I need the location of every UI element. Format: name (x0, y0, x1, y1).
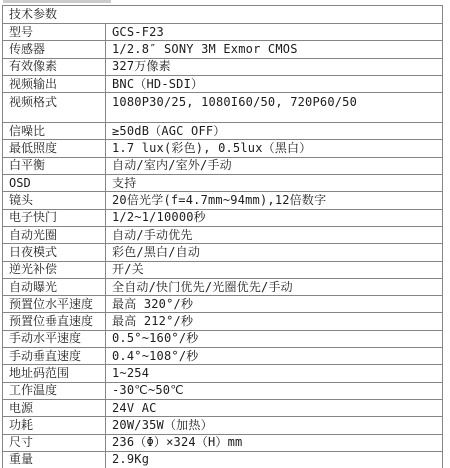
table-row: 工作温度-30℃~50℃ (3, 382, 443, 399)
cropped-top-fragment (3, 0, 111, 3)
spec-label: 自动光圈 (3, 226, 106, 243)
spec-label: 工作温度 (3, 382, 106, 399)
spec-label: 最低照度 (3, 140, 106, 157)
spec-value: 彩色/黑白/自动 (106, 244, 443, 261)
table-row: 日夜模式彩色/黑白/自动 (3, 244, 443, 261)
spec-sheet: 技术参数 型号GCS-F23传感器1/2.8″ SONY 3M Exmor CM… (0, 0, 450, 468)
spec-label: 视频格式 (3, 93, 106, 123)
spec-value: 支持 (106, 175, 443, 192)
spec-value: ≥50dB（AGC OFF） (106, 123, 443, 140)
table-row: 最低照度1.7 lux(彩色), 0.5lux（黑白） (3, 140, 443, 157)
spec-label: 预置位垂直速度 (3, 313, 106, 330)
spec-label: 功耗 (3, 417, 106, 434)
table-row: 自动曝光全自动/快门优先/光圈优先/手动 (3, 278, 443, 295)
spec-label: 传感器 (3, 41, 106, 58)
table-row: 预置位水平速度最高 320°/秒 (3, 296, 443, 313)
spec-label: 逆光补偿 (3, 261, 106, 278)
table-row: 尺寸236（Φ）×324（H）mm (3, 434, 443, 451)
spec-value: 1/2.8″ SONY 3M Exmor CMOS (106, 41, 443, 58)
spec-value: 最高 320°/秒 (106, 296, 443, 313)
spec-table-body: 型号GCS-F23传感器1/2.8″ SONY 3M Exmor CMOS有效像… (3, 24, 443, 468)
spec-table: 技术参数 型号GCS-F23传感器1/2.8″ SONY 3M Exmor CM… (2, 5, 443, 468)
spec-value: 20W/35W（加热） (106, 417, 443, 434)
spec-value: -30℃~50℃ (106, 382, 443, 399)
spec-label: 重量 (3, 451, 106, 468)
spec-value: GCS-F23 (106, 24, 443, 41)
table-row: OSD支持 (3, 175, 443, 192)
spec-label: 预置位水平速度 (3, 296, 106, 313)
table-row: 信噪比≥50dB（AGC OFF） (3, 123, 443, 140)
spec-value: BNC（HD-SDI） (106, 75, 443, 92)
spec-value: 0.5°~160°/秒 (106, 330, 443, 347)
table-title: 技术参数 (3, 6, 443, 24)
spec-label: 手动垂直速度 (3, 348, 106, 365)
table-row: 电子快门1/2~1/10000秒 (3, 209, 443, 226)
table-row: 手动水平速度0.5°~160°/秒 (3, 330, 443, 347)
table-row: 地址码范围1~254 (3, 365, 443, 382)
table-row: 有效像素327万像素 (3, 58, 443, 75)
spec-value: 1/2~1/10000秒 (106, 209, 443, 226)
spec-value: 1~254 (106, 365, 443, 382)
spec-label: 日夜模式 (3, 244, 106, 261)
spec-label: 手动水平速度 (3, 330, 106, 347)
table-row: 视频格式1080P30/25, 1080I60/50, 720P60/50 (3, 93, 443, 123)
spec-value: 开/关 (106, 261, 443, 278)
spec-label: 地址码范围 (3, 365, 106, 382)
table-header-row: 技术参数 (3, 6, 443, 24)
spec-value: 全自动/快门优先/光圈优先/手动 (106, 278, 443, 295)
spec-label: 白平衡 (3, 157, 106, 174)
table-row: 逆光补偿开/关 (3, 261, 443, 278)
spec-value: 236（Φ）×324（H）mm (106, 434, 443, 451)
table-row: 镜头20倍光学(f=4.7mm~94mm),12倍数字 (3, 192, 443, 209)
spec-label: 自动曝光 (3, 278, 106, 295)
table-row: 白平衡自动/室内/室外/手动 (3, 157, 443, 174)
spec-value: 1080P30/25, 1080I60/50, 720P60/50 (106, 93, 443, 123)
spec-label: 电子快门 (3, 209, 106, 226)
spec-value: 最高 212°/秒 (106, 313, 443, 330)
spec-value: 327万像素 (106, 58, 443, 75)
table-row: 传感器1/2.8″ SONY 3M Exmor CMOS (3, 41, 443, 58)
table-row: 手动垂直速度0.4°~108°/秒 (3, 348, 443, 365)
table-row: 预置位垂直速度最高 212°/秒 (3, 313, 443, 330)
table-row: 功耗20W/35W（加热） (3, 417, 443, 434)
spec-value: 自动/手动优先 (106, 226, 443, 243)
spec-value: 0.4°~108°/秒 (106, 348, 443, 365)
spec-value: 2.9Kg (106, 451, 443, 468)
spec-label: 尺寸 (3, 434, 106, 451)
spec-value: 20倍光学(f=4.7mm~94mm),12倍数字 (106, 192, 443, 209)
spec-label: 型号 (3, 24, 106, 41)
spec-label: OSD (3, 175, 106, 192)
spec-value: 1.7 lux(彩色), 0.5lux（黑白） (106, 140, 443, 157)
spec-value: 24V AC (106, 399, 443, 416)
table-row: 重量2.9Kg (3, 451, 443, 468)
spec-value: 自动/室内/室外/手动 (106, 157, 443, 174)
spec-label: 视频输出 (3, 75, 106, 92)
table-row: 电源24V AC (3, 399, 443, 416)
spec-label: 镜头 (3, 192, 106, 209)
table-row: 视频输出BNC（HD-SDI） (3, 75, 443, 92)
spec-label: 电源 (3, 399, 106, 416)
table-row: 自动光圈自动/手动优先 (3, 226, 443, 243)
spec-label: 信噪比 (3, 123, 106, 140)
spec-label: 有效像素 (3, 58, 106, 75)
table-row: 型号GCS-F23 (3, 24, 443, 41)
